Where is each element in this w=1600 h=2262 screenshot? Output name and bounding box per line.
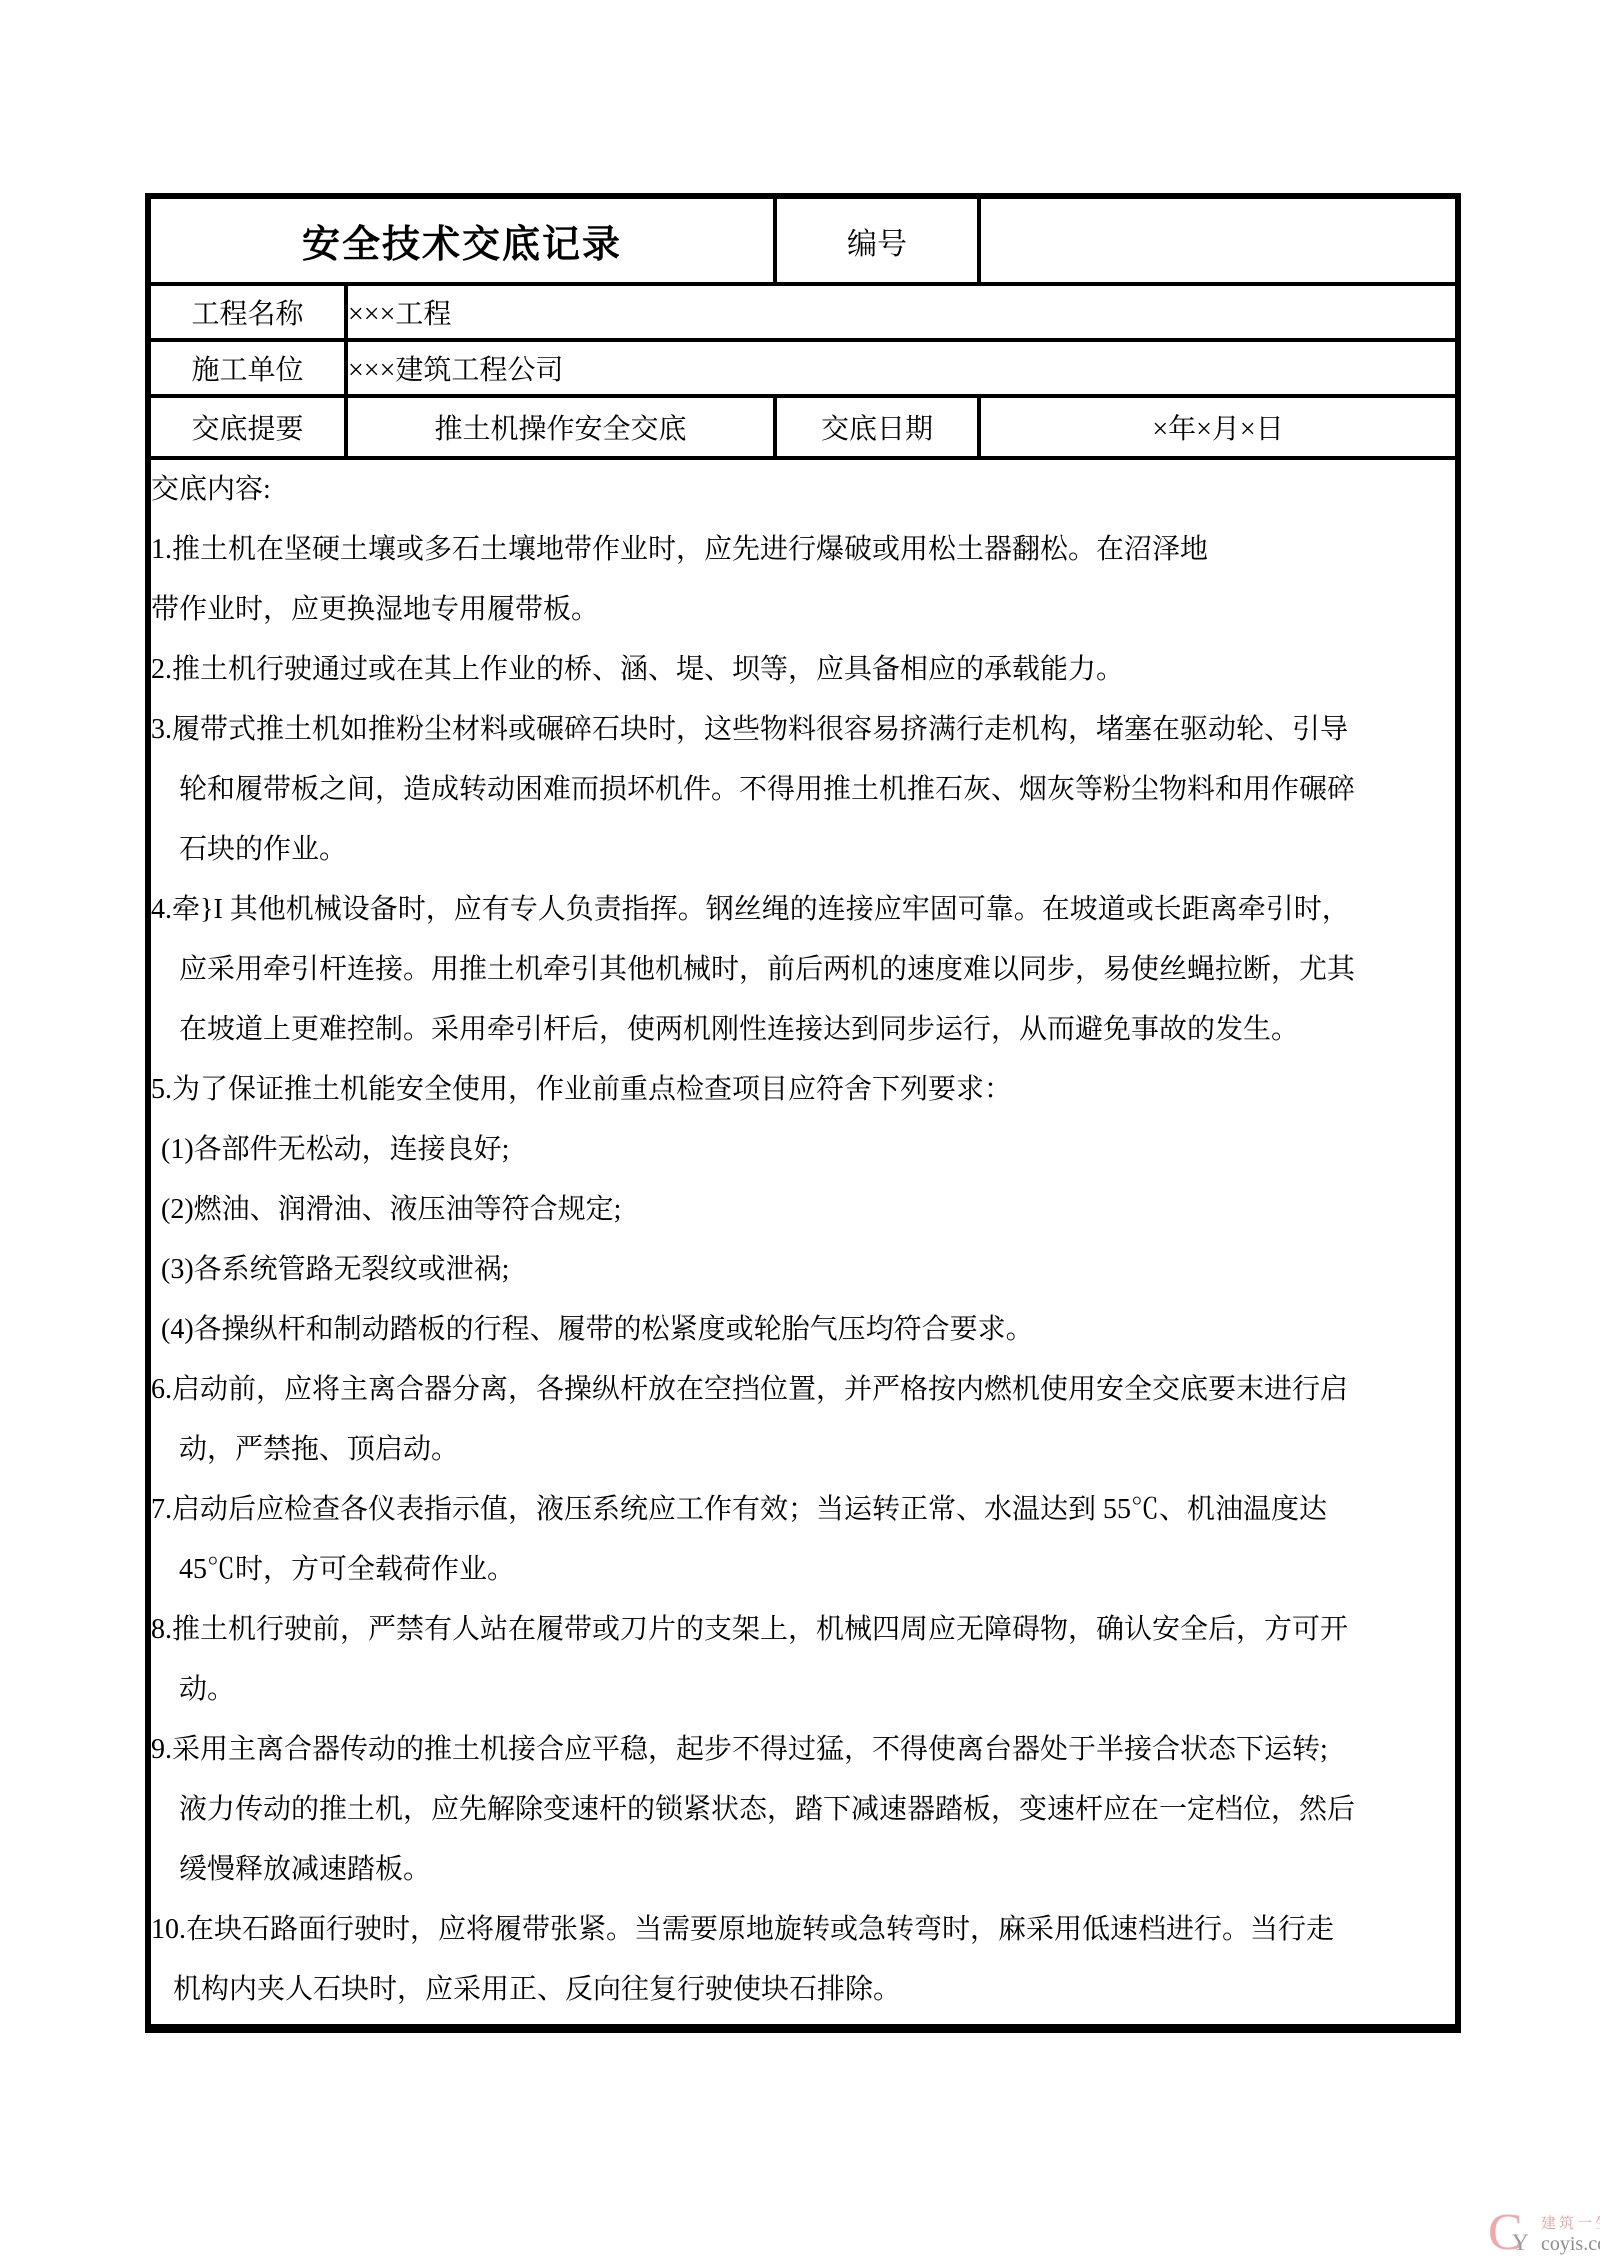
content-item-6: 6.启动前，应将主离合器分离，各操纵杆放在空挡位置，并严格按内燃机使用安全交底要… [151,1360,1455,1480]
content-item-5: 5.为了保证推土机能安全使用，作业前重点检查项目应符舍下列要求： [151,1060,1455,1120]
project-name-row: 工程名称 ×××工程 [148,284,1458,340]
form-title: 安全技术交底记录 [148,196,775,284]
content-item-3: 3.履带式推土机如推粉尘材料或碾碎石块时，这些物料很容易挤满行走机构，堵塞在驱动… [151,700,1455,880]
construction-unit-row: 施工单位 ×××建筑工程公司 [148,340,1458,396]
content-item-4: 4.牵}I 其他机械设备时，应有专人负责指挥。钢丝绳的连接应牢固可靠。在坡道或长… [151,880,1455,1060]
content-row: 交底内容: 1.推土机在坚硬土壤或多石土壤地带作业时，应先进行爆破或用松土器翻松… [148,458,1458,2028]
content-item-5-sub-4: (4)各操纵杆和制动踏板的行程、履带的松紧度或轮胎气压均符合要求。 [161,1300,1455,1360]
content-item-1: 1.推土机在坚硬土壤或多石土壤地带作业时，应先进行爆破或用松土器翻松。在沼泽地 … [151,520,1455,640]
project-name-label: 工程名称 [148,284,346,340]
disclosure-date-value: ×年×月×日 [979,396,1458,458]
content-item-5-sub-2: (2)燃油、润滑油、液压油等符合规定; [161,1180,1455,1240]
content-item-9: 9.采用主离合器传动的推土机接合应平稳，起步不得过猛，不得使离台器处于半接合状态… [151,1720,1455,1900]
coyis-logo-icon: C Y [1488,2210,1534,2256]
content-item-8: 8.推土机行驶前，严禁有人站在履带或刀片的支架上，机械四周应无障碍物，确认安全后… [151,1600,1455,1720]
disclosure-summary-value: 推土机操作安全交底 [346,396,775,458]
watermark: C Y 建筑一生 coyis.com [1488,2210,1600,2256]
content-item-7: 7.启动后应检查各仪表指示值，液压系统应工作有效；当运转正常、水温达到 55℃、… [151,1480,1455,1600]
content-item-2: 2.推土机行驶通过或在其上作业的桥、涵、堤、坝等，应具备相应的承载能力。 [151,640,1455,700]
disclosure-date-label: 交底日期 [775,396,979,458]
serial-number-value [979,196,1458,284]
watermark-site: coyis.com [1541,2232,1600,2256]
watermark-text: 建筑一生 coyis.com [1541,2210,1600,2256]
content-item-5-sub-3: (3)各系统管路无裂纹或泄祸; [161,1240,1455,1300]
content-heading: 交底内容: [151,460,1455,520]
project-name-value: ×××工程 [346,284,1458,340]
summary-row: 交底提要 推土机操作安全交底 交底日期 ×年×月×日 [148,396,1458,458]
title-row: 安全技术交底记录 编号 [148,196,1458,284]
content-item-5-sub-1: (1)各部件无松动，连接良好; [161,1120,1455,1180]
disclosure-content-cell: 交底内容: 1.推土机在坚硬土壤或多石土壤地带作业时，应先进行爆破或用松土器翻松… [148,458,1458,2028]
construction-unit-value: ×××建筑工程公司 [346,340,1458,396]
safety-disclosure-form: 安全技术交底记录 编号 工程名称 ×××工程 施工单位 ×××建筑工程公司 交底… [145,193,1461,2033]
serial-number-label: 编号 [775,196,979,284]
watermark-brand: 建筑一生 [1541,2215,1600,2232]
content-item-10: 10.在块石路面行驶时，应将履带张紧。当需要原地旋转或急转弯时，麻采用低速档进行… [151,1900,1455,2020]
logo-letter-y: Y [1512,2231,1529,2254]
disclosure-summary-label: 交底提要 [148,396,346,458]
construction-unit-label: 施工单位 [148,340,346,396]
